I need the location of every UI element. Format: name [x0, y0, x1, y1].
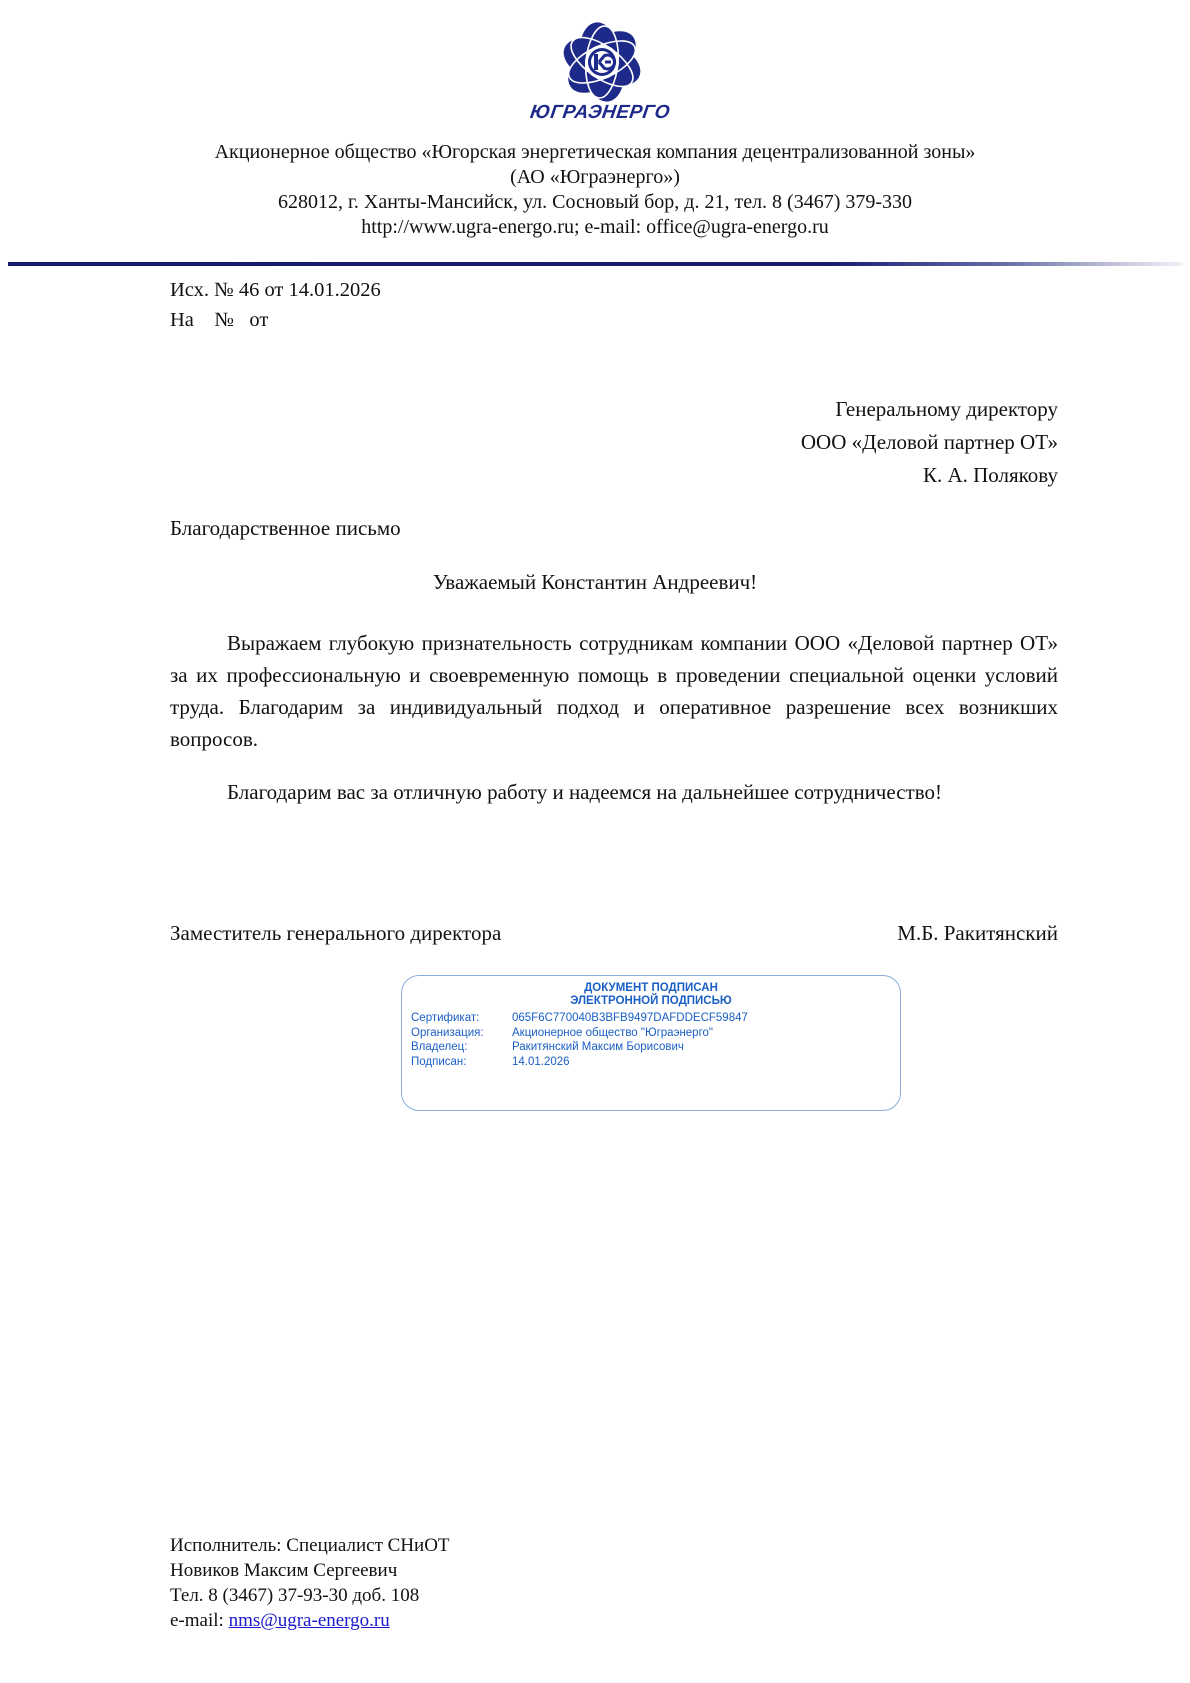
electronic-signature-stamp: ДОКУМЕНТ ПОДПИСАН ЭЛЕКТРОННОЙ ПОДПИСЬЮ С… — [401, 975, 901, 1111]
stamp-value: 065F6C770040B3BFB9497DAFDDECF59847 — [512, 1011, 748, 1026]
stamp-row-signed-date: Подписан: 14.01.2026 — [411, 1055, 748, 1070]
addressee-position: Генеральному директору — [801, 393, 1058, 426]
stamp-label: Подписан: — [411, 1055, 512, 1070]
stamp-heading-line1: ДОКУМЕНТ ПОДПИСАН — [402, 982, 900, 995]
stamp-value: Ракитянский Максим Борисович — [512, 1040, 684, 1055]
letter-salutation: Уважаемый Константин Андреевич! — [0, 567, 1190, 597]
addressee-name: К. А. Полякову — [801, 459, 1058, 492]
stamp-label: Организация: — [411, 1026, 512, 1041]
logo-wordmark: ЮГРАЭНЕРГО — [518, 102, 681, 124]
stamp-heading-line2: ЭЛЕКТРОННОЙ ПОДПИСЬЮ — [402, 995, 900, 1008]
stamp-label: Владелец: — [411, 1040, 512, 1055]
executor-phone: Тел. 8 (3467) 37-93-30 доб. 108 — [170, 1583, 450, 1608]
org-full-name: Акционерное общество «Югорская энергетич… — [0, 140, 1190, 165]
incoming-reference: На № от — [170, 306, 268, 335]
stamp-row-organization: Организация: Акционерное общество "Юграэ… — [411, 1026, 748, 1041]
organization-header: Акционерное общество «Югорская энергетич… — [0, 140, 1190, 240]
executor-email-label: e-mail: — [170, 1610, 229, 1631]
org-address: 628012, г. Ханты-Мансийск, ул. Сосновый … — [0, 190, 1190, 215]
executor-name: Новиков Максим Сергеевич — [170, 1558, 450, 1583]
executor-position: Исполнитель: Специалист СНиОТ — [170, 1533, 450, 1558]
executor-block: Исполнитель: Специалист СНиОТ Новиков Ма… — [170, 1533, 450, 1633]
org-web-email: http://www.ugra-energo.ru; e-mail: offic… — [0, 215, 1190, 240]
stamp-value: 14.01.2026 — [512, 1055, 570, 1070]
signatory-title: Заместитель генерального директора — [170, 918, 501, 948]
org-short-name: (АО «Юграэнерго») — [0, 165, 1190, 190]
letter-paragraph: Благодарим вас за отличную работу и наде… — [170, 776, 1058, 808]
addressee-block: Генеральному директору ООО «Деловой парт… — [801, 393, 1058, 492]
stamp-row-owner: Владелец: Ракитянский Максим Борисович — [411, 1040, 748, 1055]
executor-email-link[interactable]: nms@ugra-energo.ru — [229, 1610, 390, 1631]
signatory-name: М.Б. Ракитянский — [897, 918, 1058, 948]
ugraenergo-logo-icon — [560, 20, 644, 104]
letter-paragraph: Выражаем глубокую признательность сотруд… — [170, 627, 1058, 755]
stamp-details: Сертификат: 065F6C770040B3BFB9497DAFDDEC… — [411, 1011, 748, 1069]
outgoing-reference: Исх. № 46 от 14.01.2026 — [170, 276, 381, 305]
stamp-value: Акционерное общество "Юграэнерго" — [512, 1026, 713, 1041]
letter-subject: Благодарственное письмо — [170, 513, 401, 543]
header-divider — [8, 262, 1183, 266]
addressee-company: ООО «Деловой партнер ОТ» — [801, 426, 1058, 459]
stamp-label: Сертификат: — [411, 1011, 512, 1026]
stamp-row-certificate: Сертификат: 065F6C770040B3BFB9497DAFDDEC… — [411, 1011, 748, 1026]
stamp-heading: ДОКУМЕНТ ПОДПИСАН ЭЛЕКТРОННОЙ ПОДПИСЬЮ — [402, 982, 900, 1008]
executor-email-line: e-mail: nms@ugra-energo.ru — [170, 1608, 450, 1633]
